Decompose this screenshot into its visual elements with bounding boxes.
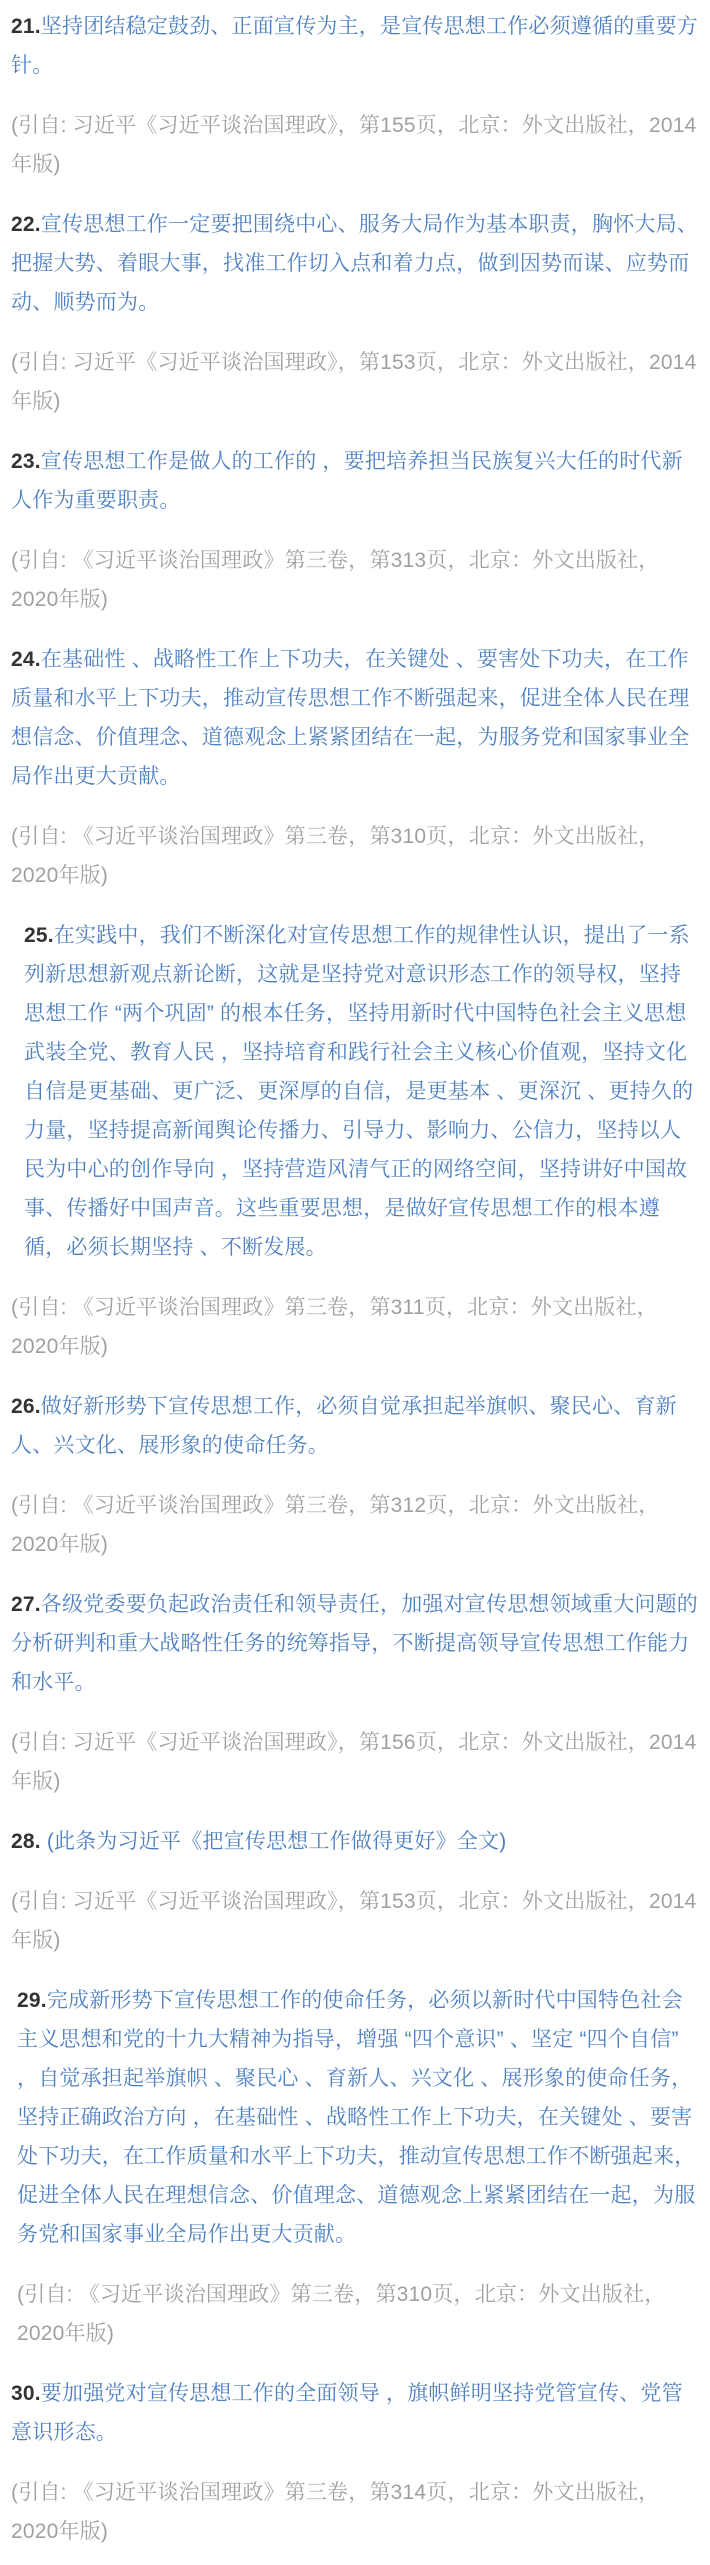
quote-paragraph: 30.要加强党对宣传思想工作的全面领导 ，旗帜鲜明坚持党管宣传、党管意识形态。: [11, 2374, 701, 2452]
quote-paragraph: 23.宣传思想工作是做人的工作的 ，要把培养担当民族复兴大任的时代新人作为重要职…: [11, 442, 701, 520]
citation: (引自: 《习近平谈治国理政》第三卷，第313页，北京：外文出版社，2020年版…: [11, 541, 701, 619]
quote-item-29: 29.完成新形势下宣传思想工作的使命任务，必须以新时代中国特色社会主义思想和党的…: [11, 1981, 701, 2353]
quote-text: 要加强党对宣传思想工作的全面领导 ，旗帜鲜明坚持党管宣传、党管意识形态。: [11, 2382, 683, 2444]
quote-paragraph: 29.完成新形势下宣传思想工作的使命任务，必须以新时代中国特色社会主义思想和党的…: [11, 1981, 701, 2254]
quote-text: 坚持团结稳定鼓劲、正面宣传为主，是宣传思想工作必须遵循的重要方针。: [11, 15, 698, 77]
quote-text: 宣传思想工作是做人的工作的 ，要把培养担当民族复兴大任的时代新人作为重要职责。: [11, 450, 683, 512]
quote-number: 30.: [11, 2382, 41, 2405]
citation: (引自: 《习近平谈治国理政》第三卷，第310页，北京：外文出版社， 2020年…: [11, 2275, 701, 2353]
quote-item-30: 30.要加强党对宣传思想工作的全面领导 ，旗帜鲜明坚持党管宣传、党管意识形态。 …: [11, 2374, 701, 2551]
quote-text: 在实践中，我们不断深化对宣传思想工作的规律性认识，提出了一系列新思想新观点新论断…: [24, 924, 693, 1259]
quote-item-23: 23.宣传思想工作是做人的工作的 ，要把培养担当民族复兴大任的时代新人作为重要职…: [11, 442, 701, 619]
quote-text: 宣传思想工作一定要把围绕中心、服务大局作为基本职责，胸怀大局、把握大势、着眼大事…: [11, 213, 698, 314]
quote-paragraph: 28. (此条为习近平《把宣传思想工作做得更好》全文): [11, 1822, 701, 1861]
quote-number: 23.: [11, 450, 41, 473]
citation: (引自: 习近平《习近平谈治国理政》，第156页，北京：外文出版社，2014年版…: [11, 1723, 701, 1801]
citation: (引自: 《习近平谈治国理政》第三卷，第314页，北京：外文出版社，2020年版…: [11, 2473, 701, 2551]
quote-item-28: 28. (此条为习近平《把宣传思想工作做得更好》全文) (引自: 习近平《习近平…: [11, 1822, 701, 1960]
quote-text: (此条为习近平《把宣传思想工作做得更好》全文): [41, 1830, 507, 1853]
quote-number: 21.: [11, 15, 41, 38]
quote-paragraph: 24.在基础性 、战略性工作上下功夫，在关键处 、要害处下功夫，在工作质量和水平…: [11, 640, 701, 796]
quote-item-27: 27.各级党委要负起政治责任和领导责任，加强对宣传思想领域重大问题的分析研判和重…: [11, 1585, 701, 1801]
quote-text: 完成新形势下宣传思想工作的使命任务，必须以新时代中国特色社会主义思想和党的十九大…: [17, 1989, 695, 2246]
quote-text: 做好新形势下宣传思想工作，必须自觉承担起举旗帜、聚民心、育新人、兴文化、展形象的…: [11, 1395, 677, 1457]
citation: (引自: 习近平《习近平谈治国理政》，第153页，北京：外文出版社，2014年版…: [11, 343, 701, 421]
quote-paragraph: 22.宣传思想工作一定要把围绕中心、服务大局作为基本职责，胸怀大局、把握大势、着…: [11, 205, 701, 322]
citation: (引自: 习近平《习近平谈治国理政》，第155页，北京：外文出版社，2014年版…: [11, 106, 701, 184]
quote-number: 24.: [11, 648, 41, 671]
quote-number: 29.: [17, 1989, 47, 2012]
quote-text: 各级党委要负起政治责任和领导责任，加强对宣传思想领域重大问题的分析研判和重大战略…: [11, 1593, 698, 1694]
quote-item-25: 25.在实践中，我们不断深化对宣传思想工作的规律性认识，提出了一系列新思想新观点…: [11, 916, 701, 1366]
quote-number: 22.: [11, 213, 41, 236]
article: 21.坚持团结稳定鼓劲、正面宣传为主，是宣传思想工作必须遵循的重要方针。 (引自…: [0, 0, 710, 2565]
quote-item-26: 26.做好新形势下宣传思想工作，必须自觉承担起举旗帜、聚民心、育新人、兴文化、展…: [11, 1387, 701, 1564]
citation: (引自: 《习近平谈治国理政》第三卷，第311页，北京：外文出版社，2020年版…: [11, 1288, 701, 1366]
quote-number: 27.: [11, 1593, 41, 1616]
quote-paragraph: 27.各级党委要负起政治责任和领导责任，加强对宣传思想领域重大问题的分析研判和重…: [11, 1585, 701, 1702]
quote-item-22: 22.宣传思想工作一定要把围绕中心、服务大局作为基本职责，胸怀大局、把握大势、着…: [11, 205, 701, 421]
citation: (引自: 《习近平谈治国理政》第三卷，第310页，北京：外文出版社，2020年版…: [11, 817, 701, 895]
quote-item-24: 24.在基础性 、战略性工作上下功夫，在关键处 、要害处下功夫，在工作质量和水平…: [11, 640, 701, 895]
quote-number: 26.: [11, 1395, 41, 1418]
quote-text: 在基础性 、战略性工作上下功夫，在关键处 、要害处下功夫，在工作质量和水平上下功…: [11, 648, 689, 788]
citation: (引自: 《习近平谈治国理政》第三卷，第312页，北京：外文出版社，2020年版…: [11, 1486, 701, 1564]
quote-paragraph: 21.坚持团结稳定鼓劲、正面宣传为主，是宣传思想工作必须遵循的重要方针。: [11, 7, 701, 85]
quote-number: 25.: [24, 924, 54, 947]
quote-item-21: 21.坚持团结稳定鼓劲、正面宣传为主，是宣传思想工作必须遵循的重要方针。 (引自…: [11, 7, 701, 184]
quote-paragraph: 26.做好新形势下宣传思想工作，必须自觉承担起举旗帜、聚民心、育新人、兴文化、展…: [11, 1387, 701, 1465]
citation: (引自: 习近平《习近平谈治国理政》，第153页，北京：外文出版社，2014年版…: [11, 1882, 701, 1960]
quote-number: 28.: [11, 1830, 41, 1853]
quote-paragraph: 25.在实践中，我们不断深化对宣传思想工作的规律性认识，提出了一系列新思想新观点…: [11, 916, 701, 1267]
